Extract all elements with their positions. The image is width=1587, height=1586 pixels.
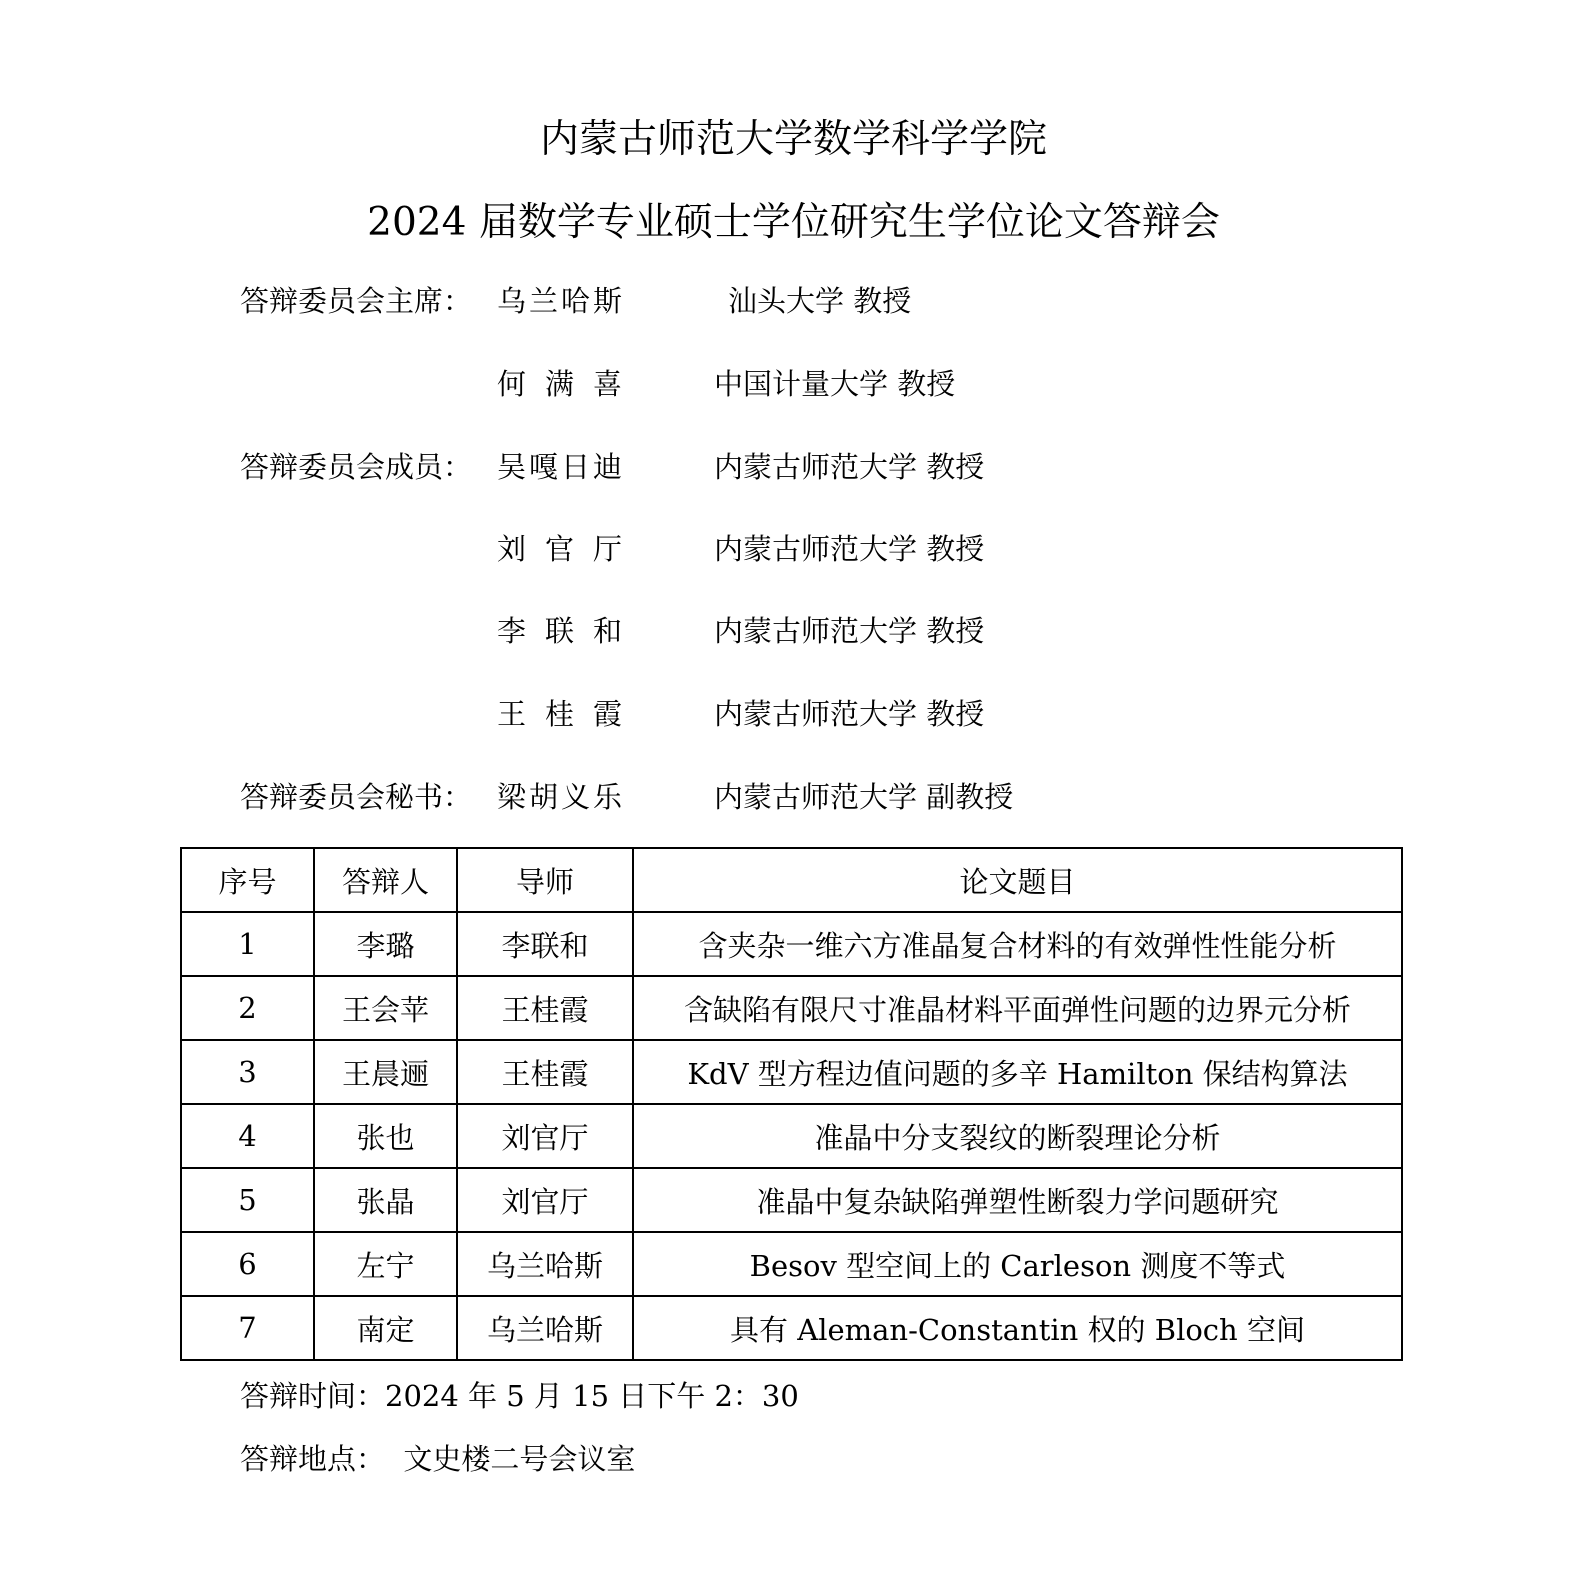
table-row: 1 李璐 李联和 含夹杂一维六方准晶复合材料的有效弹性性能分析 [181, 912, 1402, 976]
cell-advisor: 王桂霞 [457, 1040, 633, 1104]
defense-location: 答辩地点： 文史楼二号会议室 [240, 1445, 635, 1474]
cell-index: 5 [181, 1168, 314, 1232]
committee-affiliation: 内蒙古师范大学 教授 [714, 617, 984, 646]
cell-advisor: 王桂霞 [457, 976, 633, 1040]
defense-schedule-table: 序号 答辩人 导师 论文题目 1 李璐 李联和 含夹杂一维六方准晶复合材料的有效… [180, 847, 1403, 1361]
committee-affiliation: 中国计量大学 教授 [714, 370, 955, 399]
committee-affiliation: 内蒙古师范大学 教授 [714, 535, 984, 564]
committee-name: 乌兰哈斯 [497, 287, 622, 316]
page-subtitle: 2024 届数学专业硕士学位研究生学位论文答辩会 [0, 203, 1587, 242]
cell-student: 张也 [314, 1104, 457, 1168]
committee-role: 答辩委员会秘书： [240, 783, 472, 812]
page-title: 内蒙古师范大学数学科学学院 [0, 120, 1587, 159]
cell-thesis-title: 含夹杂一维六方准晶复合材料的有效弹性性能分析 [633, 912, 1402, 976]
committee-name: 王桂霞 [497, 700, 622, 729]
cell-thesis-title: 具有 Aleman-Constantin 权的 Bloch 空间 [633, 1296, 1402, 1360]
header-index: 序号 [181, 848, 314, 912]
cell-index: 3 [181, 1040, 314, 1104]
table-row: 5 张晶 刘官厅 准晶中复杂缺陷弹塑性断裂力学问题研究 [181, 1168, 1402, 1232]
committee-name: 梁胡义乐 [497, 783, 622, 812]
defense-time: 答辩时间：2024 年 5 月 15 日下午 2：30 [240, 1382, 799, 1411]
committee-name: 刘官厅 [497, 535, 622, 564]
table-row: 4 张也 刘官厅 准晶中分支裂纹的断裂理论分析 [181, 1104, 1402, 1168]
cell-advisor: 乌兰哈斯 [457, 1232, 633, 1296]
cell-thesis-title: KdV 型方程边值问题的多辛 Hamilton 保结构算法 [633, 1040, 1402, 1104]
header-advisor: 导师 [457, 848, 633, 912]
header-thesis-title: 论文题目 [633, 848, 1402, 912]
table-row: 7 南定 乌兰哈斯 具有 Aleman-Constantin 权的 Bloch … [181, 1296, 1402, 1360]
table-row: 2 王会苹 王桂霞 含缺陷有限尺寸准晶材料平面弹性问题的边界元分析 [181, 976, 1402, 1040]
cell-student: 张晶 [314, 1168, 457, 1232]
cell-student: 左宁 [314, 1232, 457, 1296]
cell-index: 4 [181, 1104, 314, 1168]
committee-affiliation: 汕头大学 教授 [728, 287, 911, 316]
table-header-row: 序号 答辩人 导师 论文题目 [181, 848, 1402, 912]
table-row: 3 王晨逦 王桂霞 KdV 型方程边值问题的多辛 Hamilton 保结构算法 [181, 1040, 1402, 1104]
cell-thesis-title: Besov 型空间上的 Carleson 测度不等式 [633, 1232, 1402, 1296]
committee-role: 答辩委员会主席： [240, 287, 472, 316]
cell-student: 南定 [314, 1296, 457, 1360]
cell-thesis-title: 准晶中分支裂纹的断裂理论分析 [633, 1104, 1402, 1168]
cell-student: 李璐 [314, 912, 457, 976]
cell-advisor: 李联和 [457, 912, 633, 976]
committee-affiliation: 内蒙古师范大学 副教授 [714, 783, 1013, 812]
committee-affiliation: 内蒙古师范大学 教授 [714, 453, 984, 482]
cell-advisor: 刘官厅 [457, 1168, 633, 1232]
cell-thesis-title: 准晶中复杂缺陷弹塑性断裂力学问题研究 [633, 1168, 1402, 1232]
cell-advisor: 乌兰哈斯 [457, 1296, 633, 1360]
committee-name: 李联和 [497, 617, 622, 646]
cell-student: 王晨逦 [314, 1040, 457, 1104]
cell-thesis-title: 含缺陷有限尺寸准晶材料平面弹性问题的边界元分析 [633, 976, 1402, 1040]
cell-advisor: 刘官厅 [457, 1104, 633, 1168]
cell-index: 6 [181, 1232, 314, 1296]
cell-index: 7 [181, 1296, 314, 1360]
table-row: 6 左宁 乌兰哈斯 Besov 型空间上的 Carleson 测度不等式 [181, 1232, 1402, 1296]
cell-student: 王会苹 [314, 976, 457, 1040]
committee-name: 何满喜 [497, 370, 622, 399]
cell-index: 2 [181, 976, 314, 1040]
committee-role: 答辩委员会成员： [240, 453, 472, 482]
cell-index: 1 [181, 912, 314, 976]
header-student: 答辩人 [314, 848, 457, 912]
committee-affiliation: 内蒙古师范大学 教授 [714, 700, 984, 729]
committee-name: 吴嘎日迪 [497, 453, 622, 482]
